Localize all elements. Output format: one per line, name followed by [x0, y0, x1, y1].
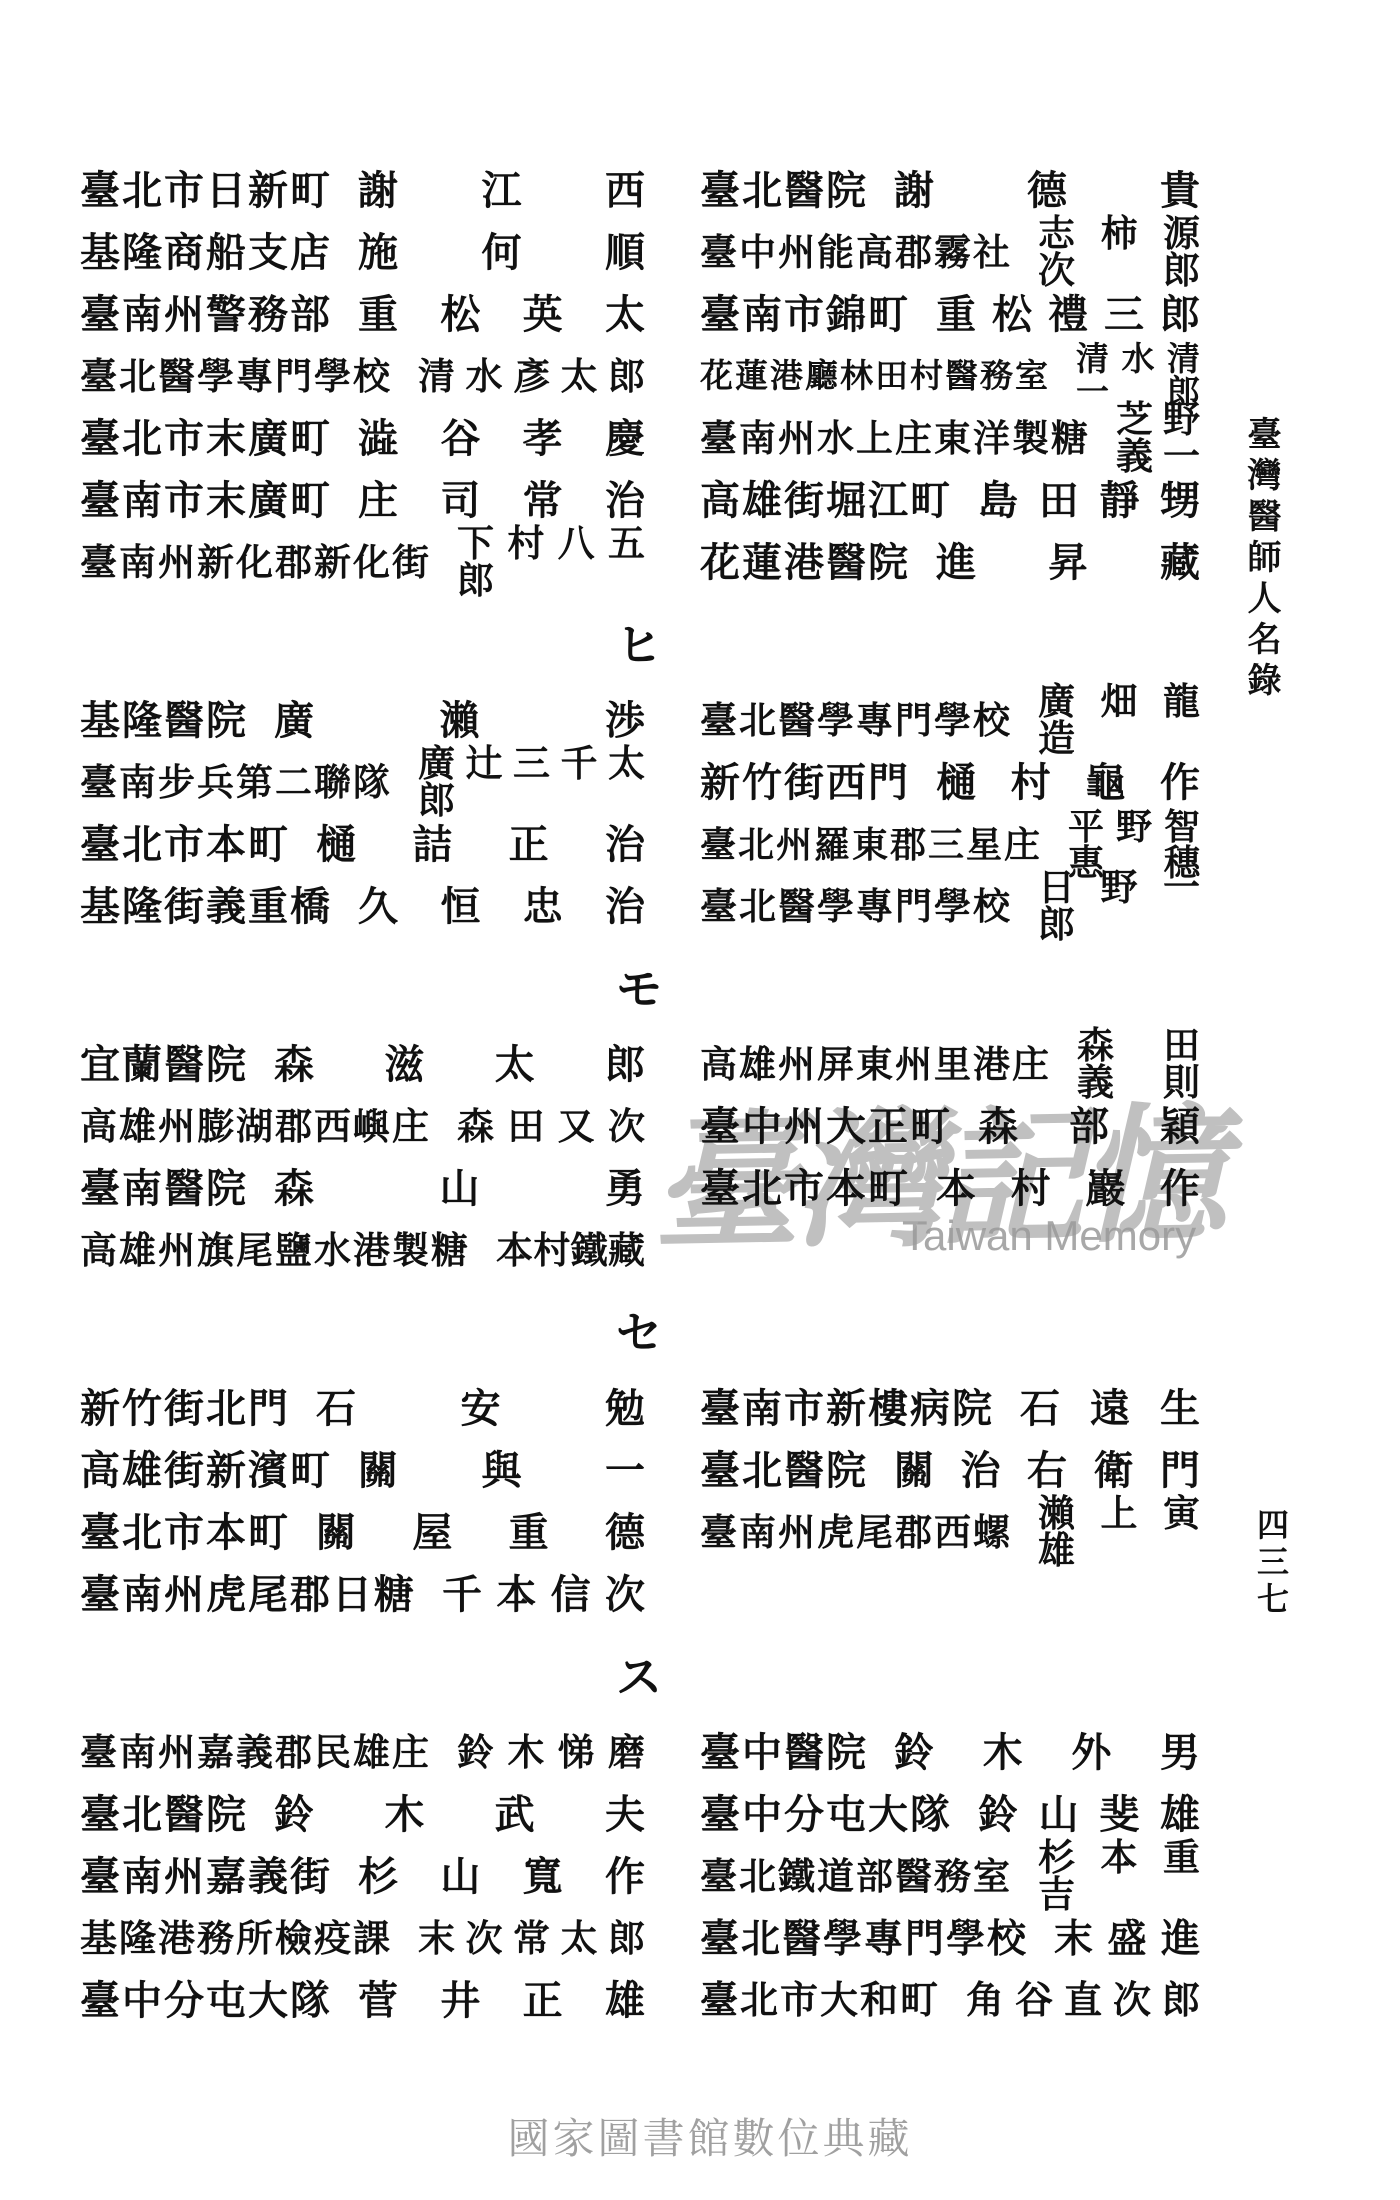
entry-name: 森 山 勇	[274, 1169, 645, 1209]
entry-name: 鈴 木 悌 磨	[457, 1735, 645, 1772]
entry-row: 高雄州旗尾鹽水港製糖本村鐵藏	[80, 1220, 645, 1282]
entry-location: 花蓮港醫院	[700, 543, 910, 583]
entry-location: 高雄州旗尾鹽水港製糖	[80, 1233, 470, 1270]
entry-row: 臺南州嘉義郡民雄庄鈴 木 悌 磨	[80, 1722, 645, 1784]
section-header: ス	[80, 1626, 1200, 1722]
entry-name: 森 田 又 次	[457, 1109, 645, 1146]
entry-location: 臺北醫學專門學校	[700, 1920, 1028, 1959]
entry-location: 臺南州警務部	[80, 295, 332, 335]
entry-location: 臺南州虎尾郡西螺	[700, 1515, 1012, 1552]
entry-location: 臺南州新化郡新化街	[80, 545, 431, 582]
entry-row: 臺北市日新町謝 江 西	[80, 160, 645, 222]
right-column: 臺北醫學專門學校廣 畑 龍 造新竹街西門樋 村 龜 作臺北州羅東郡三星庄平 野 …	[700, 690, 1200, 938]
entry-location: 臺中分屯大隊	[700, 1795, 952, 1835]
section-header: モ	[80, 938, 1200, 1034]
section-header: ヒ	[80, 594, 1200, 690]
entry-location: 臺北市本町	[80, 1513, 290, 1553]
entry-name: 瀨 上 寅 雄	[1038, 1496, 1200, 1570]
right-column: 高雄州屏東州里港庄森 田 義 則臺中州大正町森 部 穎臺北市本町本 村 巖 作	[700, 1034, 1200, 1282]
section-header: セ	[80, 1282, 1200, 1378]
entry-row: 臺南州虎尾郡日糖千 本 信 次	[80, 1564, 645, 1626]
entry-row: 臺北市本町關 屋 重 德	[80, 1502, 645, 1564]
section-block: モ宜蘭醫院森 滋 太 郎高雄州膨湖郡西嶼庄森 田 又 次臺南醫院森 山 勇高雄州…	[80, 938, 1200, 1282]
entry-name: 森 滋 太 郎	[274, 1045, 645, 1085]
entry-row: 宜蘭醫院森 滋 太 郎	[80, 1034, 645, 1096]
entry-name: 關 屋 重 德	[316, 1513, 645, 1553]
entry-name: 末 次 常 太 郎	[418, 1921, 645, 1958]
entry-row: 高雄州膨湖郡西嶼庄森 田 又 次	[80, 1096, 645, 1158]
entry-name: 廣 瀨 渉	[274, 701, 645, 741]
entry-location: 臺南州水上庄東洋製糖	[700, 421, 1090, 458]
left-column: 宜蘭醫院森 滋 太 郎高雄州膨湖郡西嶼庄森 田 又 次臺南醫院森 山 勇高雄州旗…	[80, 1034, 645, 1282]
entry-location: 臺北市末廣町	[80, 419, 332, 459]
entry-name: 森 部 穎	[978, 1107, 1200, 1147]
entry-row: 花蓮港廳林田村醫務室清 水 清 一 郎	[700, 346, 1200, 408]
entry-row: 臺北市本町樋 詰 正 治	[80, 814, 645, 876]
entry-location: 臺南醫院	[80, 1169, 248, 1209]
section-block: ス臺南州嘉義郡民雄庄鈴 木 悌 磨臺北醫院鈴 木 武 夫臺南州嘉義街杉 山 寬 …	[80, 1626, 1200, 2032]
entry-row: 臺北醫學專門學校廣 畑 龍 造	[700, 690, 1200, 752]
entry-location: 基隆港務所檢疫課	[80, 1921, 392, 1958]
entry-location: 臺南州虎尾郡日糖	[80, 1575, 416, 1615]
entry-name: 鈴 木 武 夫	[274, 1795, 645, 1835]
entry-location: 臺南步兵第二聯隊	[80, 765, 392, 802]
entry-name: 久 恒 忠 治	[358, 887, 645, 927]
entry-name: 謝 德 貴	[894, 171, 1200, 211]
entry-row: 臺北醫院關 治 右 衛 門	[700, 1440, 1200, 1502]
entry-location: 臺北醫院	[80, 1795, 248, 1835]
entry-row: 臺北市大和町角 谷 直 次 郎	[700, 1970, 1200, 2032]
sidebar-book-title: 臺灣醫師人名錄	[1236, 416, 1285, 703]
entry-row: 基隆醫院廣 瀨 渉	[80, 690, 645, 752]
entry-row: 基隆商船支店施 何 順	[80, 222, 645, 284]
entry-row: 臺北醫學專門學校日 野 一 郎	[700, 876, 1200, 938]
entry-row: 臺北醫院謝 德 貴	[700, 160, 1200, 222]
section-columns: 新竹街北門石 安 勉高雄街新濱町關 與 一臺北市本町關 屋 重 德臺南州虎尾郡日…	[80, 1378, 1200, 1626]
entry-name: 杉 山 寬 作	[358, 1857, 645, 1897]
entry-name: 千 本 信 次	[442, 1575, 645, 1615]
entry-row: 高雄街堀江町島 田 靜 甥	[700, 470, 1200, 532]
entry-row: 臺南州水上庄東洋製糖芝 野 義 一	[700, 408, 1200, 470]
left-column: 臺南州嘉義郡民雄庄鈴 木 悌 磨臺北醫院鈴 木 武 夫臺南州嘉義街杉 山 寬 作…	[80, 1722, 645, 2032]
entry-name: 芝 野 義 一	[1116, 402, 1200, 476]
entry-row: 臺北市本町本 村 巖 作	[700, 1158, 1200, 1220]
entry-row: 臺南州虎尾郡西螺瀨 上 寅 雄	[700, 1502, 1200, 1564]
entry-location: 臺南市新樓病院	[700, 1389, 994, 1429]
entry-location: 臺北醫院	[700, 1451, 868, 1491]
sections: 臺北市日新町謝 江 西基隆商船支店施 何 順臺南州警務部重 松 英 太臺北醫學專…	[80, 160, 1200, 2032]
footer-archive-label: 國家圖書館數位典藏	[430, 2106, 990, 2166]
entry-name: 廣 辻 三 千 太 郎	[418, 746, 645, 820]
entry-location: 臺中分屯大隊	[80, 1981, 332, 2021]
entry-name: 進 昇 藏	[936, 543, 1200, 583]
left-column: 新竹街北門石 安 勉高雄街新濱町關 與 一臺北市本町關 屋 重 德臺南州虎尾郡日…	[80, 1378, 645, 1626]
entry-row: 臺南州新化郡新化街下 村 八 五 郎	[80, 532, 645, 594]
entry-name: 廣 畑 龍 造	[1038, 684, 1200, 758]
entry-row: 臺北醫院鈴 木 武 夫	[80, 1784, 645, 1846]
entry-name: 角 谷 直 次 郎	[966, 1982, 1200, 2020]
entry-name: 澁 谷 孝 慶	[358, 419, 645, 459]
section-columns: 宜蘭醫院森 滋 太 郎高雄州膨湖郡西嶼庄森 田 又 次臺南醫院森 山 勇高雄州旗…	[80, 1034, 1200, 1282]
entry-location: 花蓮港廳林田村醫務室	[700, 361, 1050, 394]
entry-name: 志 柿 源 次 郎	[1038, 216, 1200, 290]
entry-name: 本 村 巖 作	[936, 1169, 1200, 1209]
entry-name: 清 水 彥 太 郎	[418, 359, 645, 396]
entry-name: 菅 井 正 雄	[358, 1981, 645, 2021]
entry-name: 關 與 一	[358, 1451, 645, 1491]
entry-row: 臺北鐵道部醫務室杉 本 重 吉	[700, 1846, 1200, 1908]
entry-row: 臺南州警務部重 松 英 太	[80, 284, 645, 346]
entry-location: 高雄街新濱町	[80, 1451, 332, 1491]
entry-row: 新竹街西門樋 村 龜 作	[700, 752, 1200, 814]
entry-name: 末 盛 進	[1054, 1920, 1200, 1959]
entry-row: 臺南市新樓病院石 遠 生	[700, 1378, 1200, 1440]
section-block: ヒ基隆醫院廣 瀨 渉臺南步兵第二聯隊廣 辻 三 千 太 郎臺北市本町樋 詰 正 …	[80, 594, 1200, 938]
entry-location: 臺北鐵道部醫務室	[700, 1859, 1012, 1896]
entry-row: 臺北州羅東郡三星庄平 野 智 惠 穗	[700, 814, 1200, 876]
right-column: 臺北醫院謝 德 貴臺中州能高郡霧社志 柿 源 次 郎臺南市錦町重 松 禮 三 郎…	[700, 160, 1200, 594]
entry-name: 重 松 禮 三 郎	[936, 295, 1200, 335]
page-number: 四三七	[1248, 1508, 1294, 1619]
entry-row: 臺南醫院森 山 勇	[80, 1158, 645, 1220]
entry-row: 新竹街北門石 安 勉	[80, 1378, 645, 1440]
entry-name: 鈴 木 外 男	[894, 1733, 1200, 1773]
entry-row: 臺南步兵第二聯隊廣 辻 三 千 太 郎	[80, 752, 645, 814]
entry-name: 杉 本 重 吉	[1038, 1840, 1200, 1914]
entry-location: 臺北醫院	[700, 171, 868, 211]
entry-location: 臺北醫學專門學校	[80, 359, 392, 396]
entry-row: 臺中州能高郡霧社志 柿 源 次 郎	[700, 222, 1200, 284]
entry-name: 施 何 順	[358, 233, 645, 273]
entry-row: 臺北醫學專門學校清 水 彥 太 郎	[80, 346, 645, 408]
entry-name: 石 遠 生	[1020, 1389, 1200, 1429]
entry-name: 謝 江 西	[358, 171, 645, 211]
entry-row: 臺中分屯大隊菅 井 正 雄	[80, 1970, 645, 2032]
entry-row: 高雄街新濱町關 與 一	[80, 1440, 645, 1502]
entry-row: 臺北醫學專門學校末 盛 進	[700, 1908, 1200, 1970]
entry-location: 基隆醫院	[80, 701, 248, 741]
entry-location: 臺北市日新町	[80, 171, 332, 211]
entry-name: 樋 村 龜 作	[936, 763, 1200, 803]
entry-name: 重 松 英 太	[358, 295, 645, 335]
entry-name: 樋 詰 正 治	[316, 825, 645, 865]
section-block: セ新竹街北門石 安 勉高雄街新濱町關 與 一臺北市本町關 屋 重 德臺南州虎尾郡…	[80, 1282, 1200, 1626]
entry-location: 宜蘭醫院	[80, 1045, 248, 1085]
entry-row: 臺中分屯大隊鈴 山 斐 雄	[700, 1784, 1200, 1846]
entry-location: 臺南市錦町	[700, 295, 910, 335]
entry-row: 臺中州大正町森 部 穎	[700, 1096, 1200, 1158]
entry-location: 臺北州羅東郡三星庄	[700, 827, 1042, 863]
entry-name: 鈴 山 斐 雄	[978, 1795, 1200, 1835]
entry-row: 臺中醫院鈴 木 外 男	[700, 1722, 1200, 1784]
entry-name: 關 治 右 衛 門	[894, 1451, 1200, 1491]
section-columns: 臺南州嘉義郡民雄庄鈴 木 悌 磨臺北醫院鈴 木 武 夫臺南州嘉義街杉 山 寬 作…	[80, 1722, 1200, 2032]
entry-row: 基隆港務所檢疫課末 次 常 太 郎	[80, 1908, 645, 1970]
entry-location: 臺中州大正町	[700, 1107, 952, 1147]
entry-location: 新竹街北門	[80, 1389, 290, 1429]
entry-row: 花蓮港醫院進 昇 藏	[700, 532, 1200, 594]
entry-location: 臺中醫院	[700, 1733, 868, 1773]
entry-location: 臺南市末廣町	[80, 481, 332, 521]
entry-name: 本村鐵藏	[496, 1233, 645, 1270]
entry-row: 臺北市末廣町澁 谷 孝 慶	[80, 408, 645, 470]
entry-row: 基隆街義重橋久 恒 忠 治	[80, 876, 645, 938]
entry-name: 庄 司 常 治	[358, 481, 645, 521]
entry-location: 臺南州嘉義街	[80, 1857, 332, 1897]
entry-location: 臺北市本町	[700, 1169, 910, 1209]
entry-row: 臺南市末廣町庄 司 常 治	[80, 470, 645, 532]
entry-location: 高雄州屏東州里港庄	[700, 1047, 1051, 1084]
section-block: 臺北市日新町謝 江 西基隆商船支店施 何 順臺南州警務部重 松 英 太臺北醫學專…	[80, 160, 1200, 594]
entry-name: 下 村 八 五 郎	[457, 526, 645, 600]
entry-name: 石 安 勉	[316, 1389, 645, 1429]
entry-location: 臺北醫學專門學校	[700, 889, 1012, 926]
entry-name: 森 田 義 則	[1077, 1028, 1200, 1102]
section-columns: 基隆醫院廣 瀨 渉臺南步兵第二聯隊廣 辻 三 千 太 郎臺北市本町樋 詰 正 治…	[80, 690, 1200, 938]
entry-location: 高雄街堀江町	[700, 481, 952, 521]
entry-location: 臺北市大和町	[700, 1982, 940, 2020]
entry-location: 臺北市本町	[80, 825, 290, 865]
entry-row: 臺南市錦町重 松 禮 三 郎	[700, 284, 1200, 346]
entry-location: 基隆商船支店	[80, 233, 332, 273]
right-column: 臺中醫院鈴 木 外 男臺中分屯大隊鈴 山 斐 雄臺北鐵道部醫務室杉 本 重 吉臺…	[700, 1722, 1200, 2032]
entry-location: 基隆街義重橋	[80, 887, 332, 927]
entry-name: 日 野 一 郎	[1038, 870, 1200, 944]
left-column: 臺北市日新町謝 江 西基隆商船支店施 何 順臺南州警務部重 松 英 太臺北醫學專…	[80, 160, 645, 594]
entry-location: 新竹街西門	[700, 763, 910, 803]
right-column: 臺南市新樓病院石 遠 生臺北醫院關 治 右 衛 門臺南州虎尾郡西螺瀨 上 寅 雄	[700, 1378, 1200, 1626]
entry-name: 島 田 靜 甥	[978, 481, 1200, 521]
entry-row: 臺南州嘉義街杉 山 寬 作	[80, 1846, 645, 1908]
left-column: 基隆醫院廣 瀨 渉臺南步兵第二聯隊廣 辻 三 千 太 郎臺北市本町樋 詰 正 治…	[80, 690, 645, 938]
section-columns: 臺北市日新町謝 江 西基隆商船支店施 何 順臺南州警務部重 松 英 太臺北醫學專…	[80, 160, 1200, 594]
entry-location: 臺南州嘉義郡民雄庄	[80, 1735, 431, 1772]
entry-location: 臺北醫學專門學校	[700, 703, 1012, 740]
entry-row: 高雄州屏東州里港庄森 田 義 則	[700, 1034, 1200, 1096]
entry-location: 高雄州膨湖郡西嶼庄	[80, 1109, 431, 1146]
scanned-directory-page: 臺灣記憶 Taiwan Memory 臺北市日新町謝 江 西基隆商船支店施 何 …	[0, 0, 1400, 2200]
entry-location: 臺中州能高郡霧社	[700, 235, 1012, 272]
